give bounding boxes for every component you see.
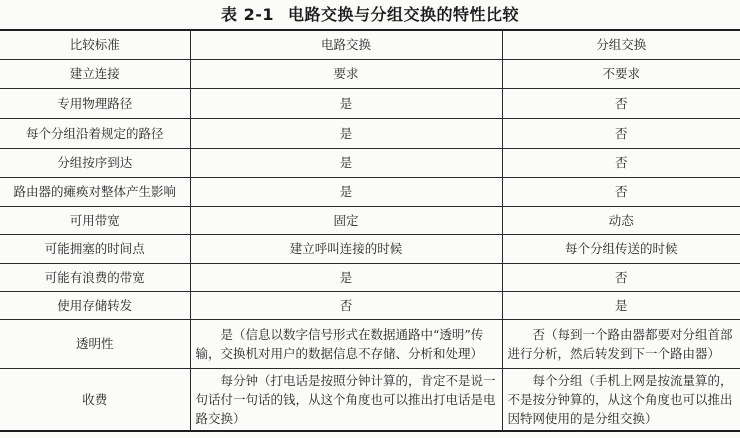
packet-cell: 否（每到一个路由器都要对分组首部进行分析，然后转发到下一个路由器） — [502, 319, 740, 368]
table-row: 路由器的瘫痪对整体产生影响 是 否 — [0, 177, 740, 206]
packet-cell: 否 — [502, 148, 740, 177]
header-criterion: 比较标准 — [0, 30, 190, 59]
table-row: 可能拥塞的时间点 建立呼叫连接的时候 每个分组传送的时候 — [0, 234, 740, 263]
circuit-cell: 每分钟（打电话是按照分钟计算的，肯定不是说一句话付一句话的钱，从这个角度也可以推… — [190, 368, 502, 431]
criterion-cell: 专用物理路径 — [0, 88, 190, 118]
circuit-cell: 要求 — [190, 59, 502, 88]
criterion-cell: 透明性 — [0, 319, 190, 368]
packet-cell: 是 — [502, 291, 740, 319]
packet-cell: 每个分组（手机上网是按流量算的，不是按分钟算的，从这个角度也可以推出因特网使用的… — [502, 368, 740, 431]
circuit-cell: 否 — [190, 291, 502, 319]
circuit-cell: 是（信息以数字信号形式在数据通路中“透明”传输，交换机对用户的数据信息不存储、分… — [190, 319, 502, 368]
header-circuit-switching: 电路交换 — [190, 30, 502, 59]
table-row: 可用带宽 固定 动态 — [0, 206, 740, 234]
table-row: 使用存储转发 否 是 — [0, 291, 740, 319]
table-row: 收费 每分钟（打电话是按照分钟计算的，肯定不是说一句话付一句话的钱，从这个角度也… — [0, 368, 740, 431]
packet-cell: 动态 — [502, 206, 740, 234]
table-caption: 表 2-1电路交换与分组交换的特性比较 — [0, 2, 740, 25]
circuit-cell: 是 — [190, 88, 502, 118]
criterion-cell: 路由器的瘫痪对整体产生影响 — [0, 177, 190, 206]
packet-cell: 否 — [502, 263, 740, 291]
criterion-cell: 每个分组沿着规定的路径 — [0, 118, 190, 148]
packet-cell: 否 — [502, 118, 740, 148]
table-row: 分组按序到达 是 否 — [0, 148, 740, 177]
header-row: 比较标准 电路交换 分组交换 — [0, 30, 740, 59]
table-row: 每个分组沿着规定的路径 是 否 — [0, 118, 740, 148]
circuit-cell: 是 — [190, 263, 502, 291]
table-row: 透明性 是（信息以数字信号形式在数据通路中“透明”传输，交换机对用户的数据信息不… — [0, 319, 740, 368]
circuit-cell: 是 — [190, 177, 502, 206]
table-row: 建立连接 要求 不要求 — [0, 59, 740, 88]
comparison-table: 比较标准 电路交换 分组交换 建立连接 要求 不要求 专用物理路径 是 否 每个… — [0, 29, 740, 432]
packet-cell: 否 — [502, 88, 740, 118]
criterion-cell: 使用存储转发 — [0, 291, 190, 319]
criterion-cell: 可能有浪费的带宽 — [0, 263, 190, 291]
circuit-cell: 固定 — [190, 206, 502, 234]
table-row: 可能有浪费的带宽 是 否 — [0, 263, 740, 291]
table-number: 表 2-1 — [221, 5, 274, 24]
circuit-cell: 建立呼叫连接的时候 — [190, 234, 502, 263]
criterion-cell: 建立连接 — [0, 59, 190, 88]
packet-cell: 不要求 — [502, 59, 740, 88]
packet-cell: 否 — [502, 177, 740, 206]
packet-cell: 每个分组传送的时候 — [502, 234, 740, 263]
circuit-cell: 是 — [190, 148, 502, 177]
criterion-cell: 收费 — [0, 368, 190, 431]
table-row: 专用物理路径 是 否 — [0, 88, 740, 118]
table-title: 电路交换与分组交换的特性比较 — [288, 5, 519, 24]
criterion-cell: 分组按序到达 — [0, 148, 190, 177]
header-packet-switching: 分组交换 — [502, 30, 740, 59]
criterion-cell: 可用带宽 — [0, 206, 190, 234]
criterion-cell: 可能拥塞的时间点 — [0, 234, 190, 263]
circuit-cell: 是 — [190, 118, 502, 148]
